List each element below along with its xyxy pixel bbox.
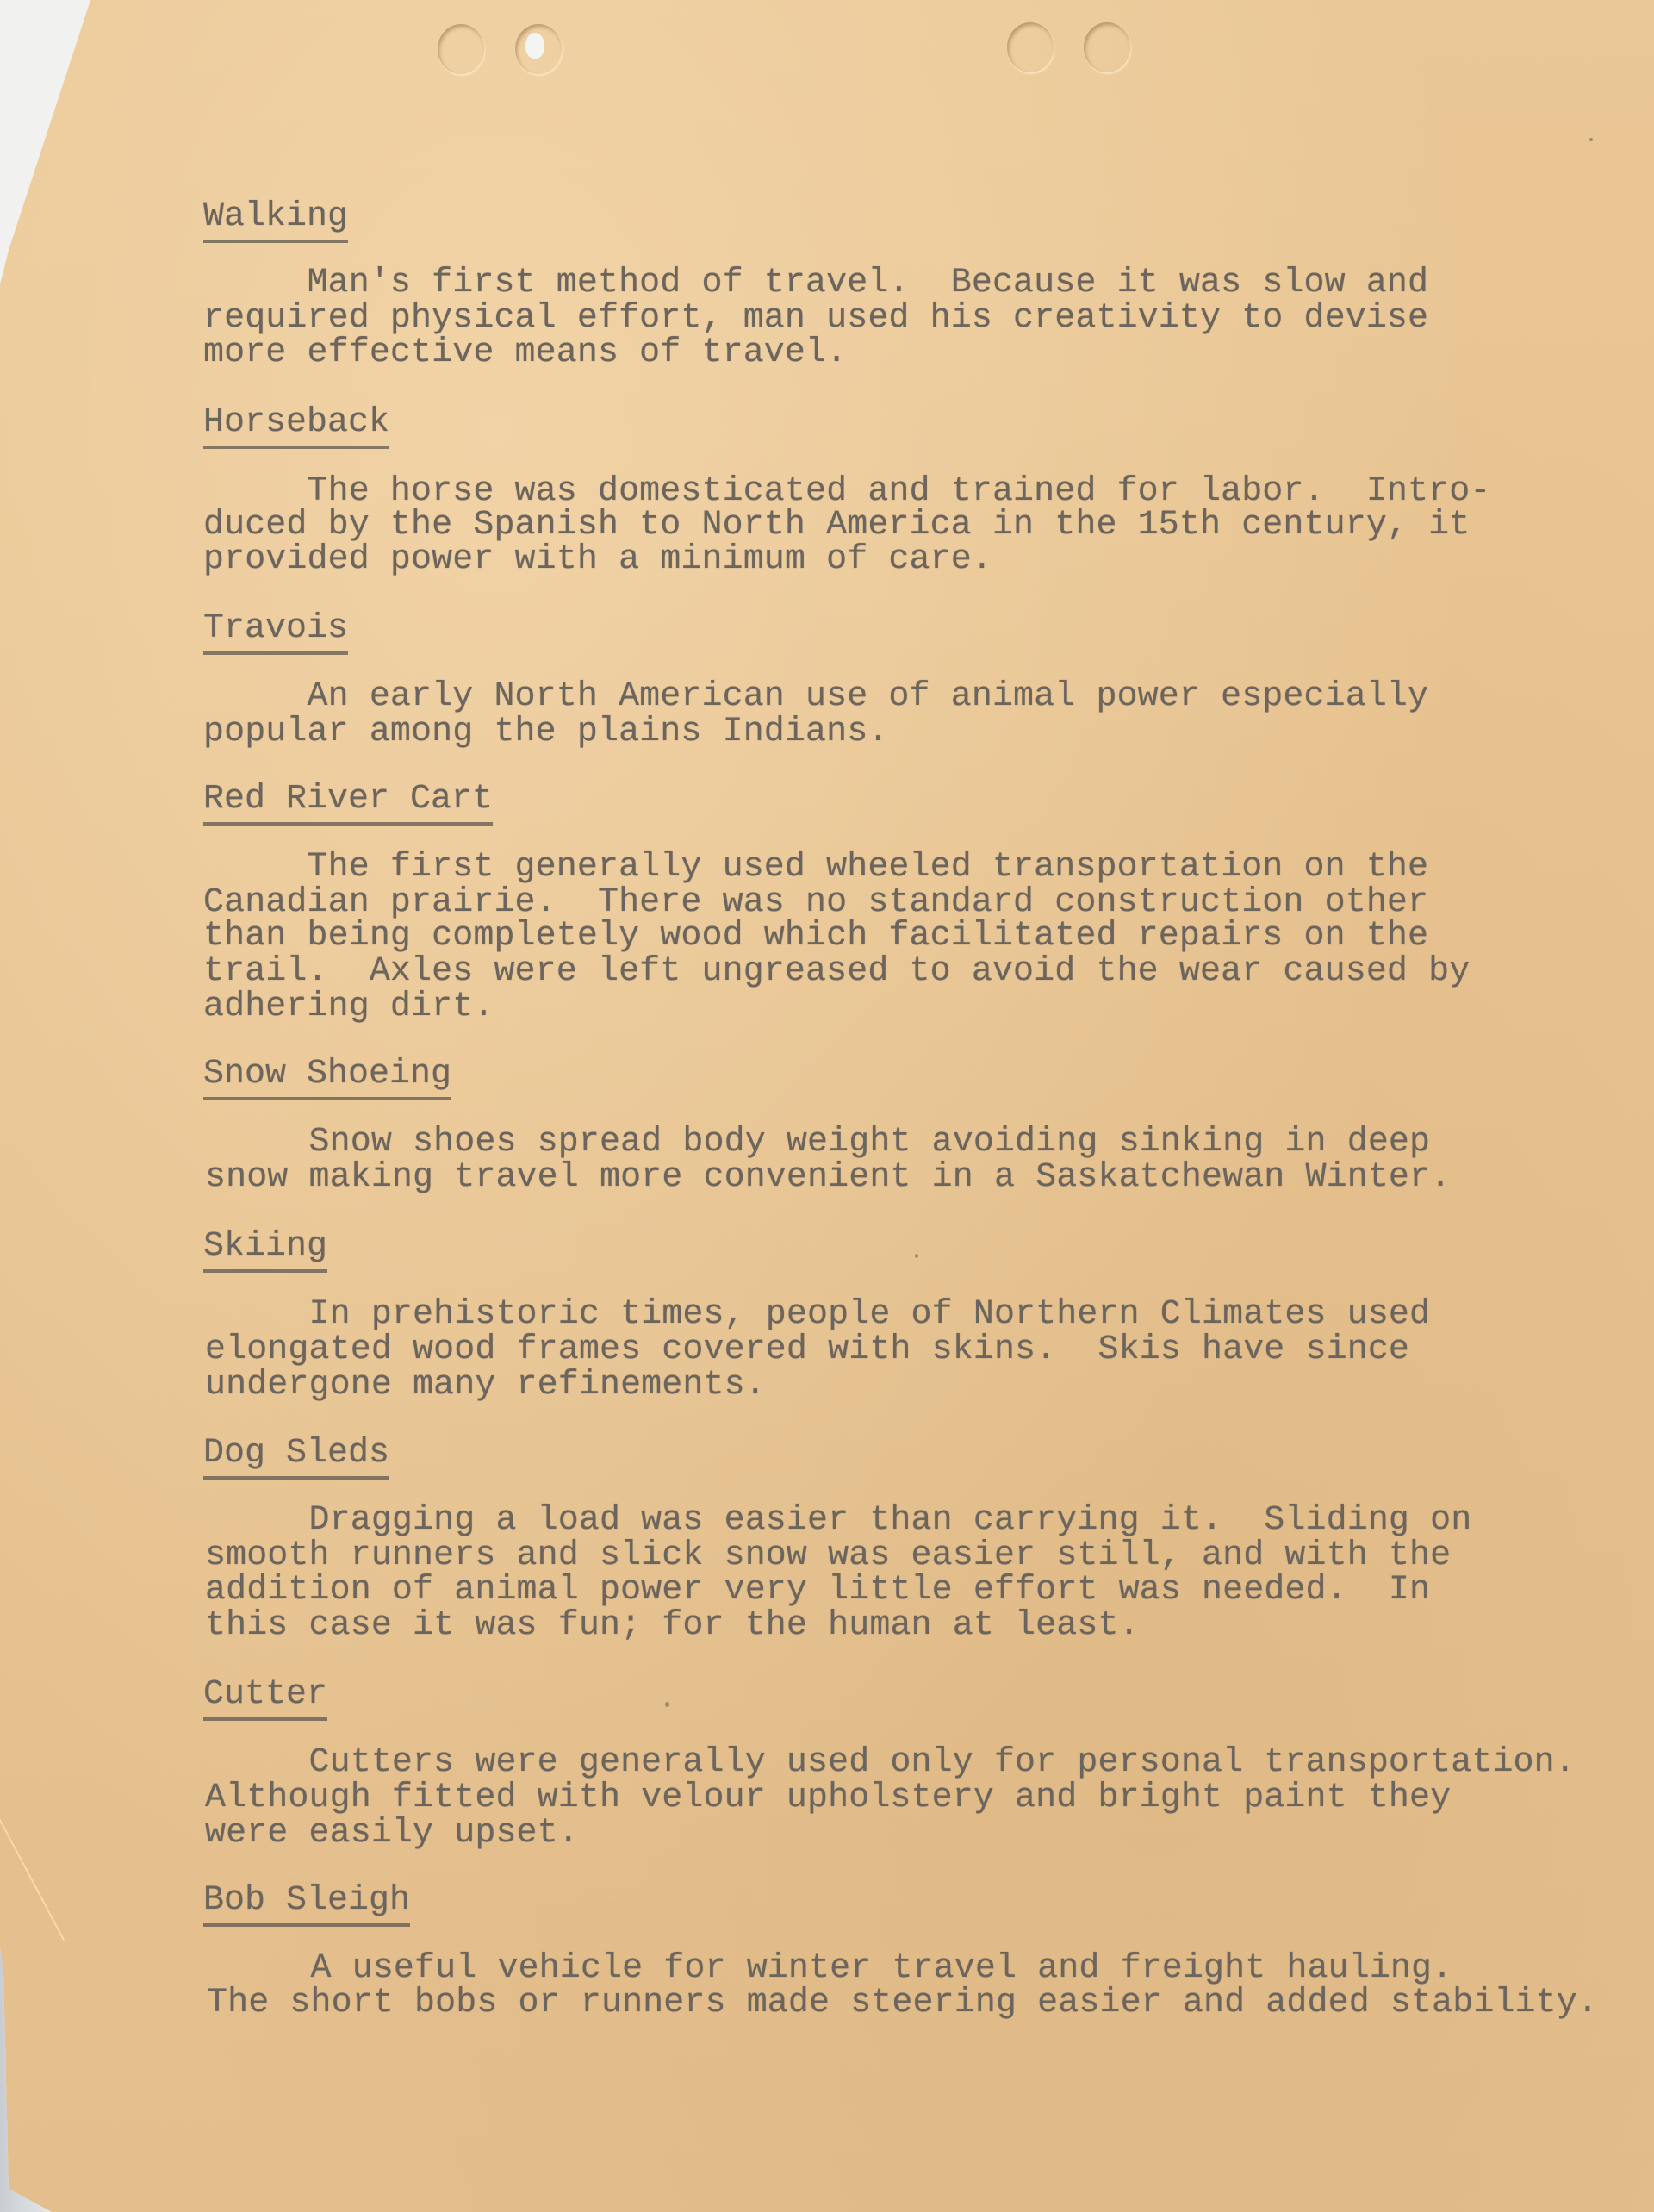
paragraph-line: A useful vehicle for winter travel and f… — [207, 1952, 1452, 1987]
paragraph-line: than being completely wood which facilit… — [203, 919, 1428, 955]
paragraph-line: Man's first method of travel. Because it… — [203, 266, 1428, 302]
paragraph-line: were easily upset. — [205, 1816, 579, 1852]
paper-speck — [915, 1254, 918, 1258]
paper-speck — [665, 1702, 669, 1707]
paragraph-line: Cutters were generally used only for per… — [205, 1746, 1576, 1781]
section-heading: Travois — [203, 612, 348, 655]
section-heading: Walking — [203, 200, 348, 243]
paper-speck — [1589, 138, 1593, 141]
section-heading: Red River Cart — [203, 782, 493, 826]
paragraph-line: The horse was domesticated and trained f… — [203, 475, 1490, 510]
paragraph-line: provided power with a minimum of care. — [203, 543, 992, 578]
paragraph-line: Snow shoes spread body weight avoiding s… — [205, 1125, 1430, 1161]
punch-hole-icon — [1007, 22, 1054, 72]
paragraph-line: addition of animal power very little eff… — [205, 1573, 1430, 1609]
section-heading: Bob Sleigh — [203, 1884, 410, 1927]
punch-hole-icon — [1084, 22, 1130, 72]
paragraph-line: The short bobs or runners made steering … — [207, 1986, 1598, 2022]
section-heading: Snow Shoeing — [203, 1057, 451, 1100]
paragraph-line: more effective means of travel. — [203, 336, 847, 371]
paragraph-line: adhering dirt. — [203, 990, 494, 1025]
paragraph-line: In prehistoric times, people of Northern… — [205, 1298, 1430, 1333]
paragraph-line: required physical effort, man used his c… — [203, 302, 1428, 337]
section-heading: Skiing — [203, 1230, 327, 1273]
paragraph-line: this case it was fun; for the human at l… — [205, 1609, 1140, 1644]
paragraph-line: snow making travel more convenient in a … — [205, 1161, 1451, 1196]
paragraph-line: smooth runners and slick snow was easier… — [205, 1539, 1451, 1574]
section-heading: Cutter — [203, 1678, 327, 1721]
paragraph-line: Although fitted with velour upholstery a… — [205, 1781, 1451, 1816]
section-heading: Dog Sleds — [203, 1436, 389, 1480]
paragraph-line: elongated wood frames covered with skins… — [205, 1333, 1409, 1368]
paragraph-line: Dragging a load was easier than carrying… — [205, 1504, 1471, 1539]
paragraph-line: Canadian prairie. There was no standard … — [203, 886, 1428, 921]
punch-hole-icon — [438, 24, 484, 74]
paragraph-line: The first generally used wheeled transpo… — [203, 851, 1428, 886]
punch-hole-icon — [515, 24, 562, 74]
paragraph-line: popular among the plains Indians. — [203, 715, 888, 751]
paragraph-line: An early North American use of animal po… — [203, 680, 1428, 715]
section-heading: Horseback — [203, 406, 389, 449]
paragraph-line: trail. Axles were left ungreased to avoi… — [203, 955, 1470, 990]
paragraph-line: duced by the Spanish to North America in… — [203, 508, 1470, 544]
paragraph-line: undergone many refinements. — [205, 1368, 766, 1404]
